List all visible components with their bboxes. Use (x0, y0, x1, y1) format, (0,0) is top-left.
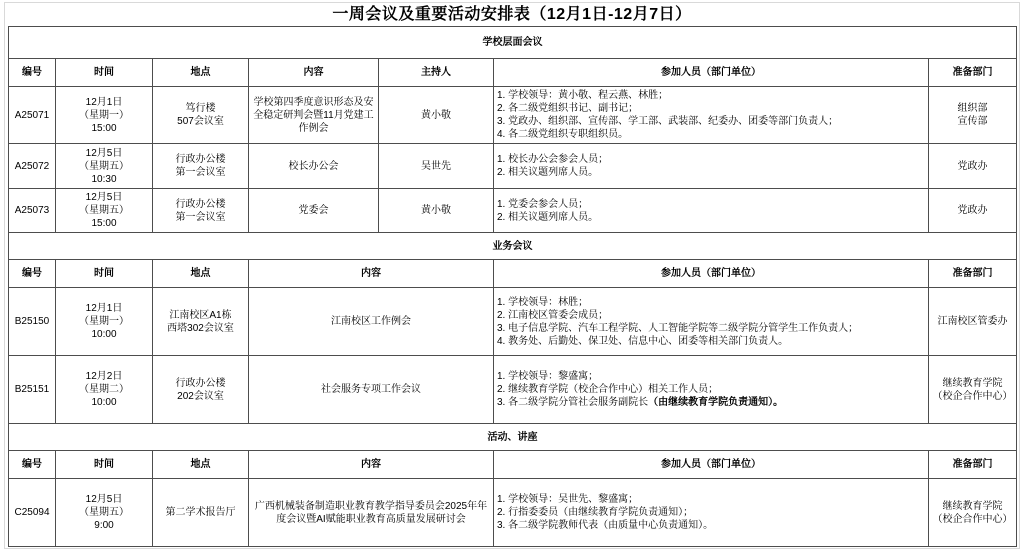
cell-location: 江南校区A1栋西塔302会议室 (153, 288, 249, 356)
prepare-line: 宣传部 (932, 115, 1013, 128)
cell-content: 校长办公会 (249, 144, 379, 189)
table-row: A2507312月5日（星期五）15:00行政办公楼第一会议室党委会黄小敬1. … (9, 189, 1017, 233)
cell-host: 吴世先 (379, 144, 494, 189)
table-row: A2507212月5日（星期五）10:30行政办公楼第一会议室校长办公会吴世先1… (9, 144, 1017, 189)
time-line: 12月5日 (59, 493, 149, 506)
cell-id: B25151 (9, 356, 56, 424)
column-header: 内容 (249, 59, 379, 87)
location-line: 江南校区A1栋 (156, 309, 245, 322)
time-line: （星期二） (59, 383, 149, 396)
section-header-0: 学校层面会议 (9, 27, 1017, 59)
cell-participants: 1. 校长办公会参会人员；2. 相关议题列席人员。 (494, 144, 929, 189)
location-line: 第一会议室 (156, 166, 245, 179)
location-line: 行政办公楼 (156, 377, 245, 390)
cell-location: 行政办公楼第一会议室 (153, 189, 249, 233)
section-header-2: 活动、讲座 (9, 424, 1017, 451)
participants-line: 1. 学校领导：吴世先、黎盛寓； (497, 493, 925, 506)
cell-prepare: 继续教育学院（校企合作中心） (929, 479, 1017, 547)
time-line: 15:00 (59, 122, 149, 135)
time-line: 12月1日 (59, 302, 149, 315)
cell-location: 第二学术报告厅 (153, 479, 249, 547)
column-header: 地点 (153, 451, 249, 479)
column-header: 编号 (9, 260, 56, 288)
prepare-line: （校企合作中心） (932, 390, 1013, 403)
prepare-line: 继续教育学院 (932, 500, 1013, 513)
time-line: 12月5日 (59, 191, 149, 204)
time-line: 12月5日 (59, 147, 149, 160)
time-line: 15:00 (59, 217, 149, 230)
participants-line: 2. 相关议题列席人员。 (497, 211, 925, 224)
column-header: 准备部门 (929, 59, 1017, 87)
content-line: 社会服务专项工作会议 (252, 383, 490, 396)
cell-participants: 1. 党委会参会人员；2. 相关议题列席人员。 (494, 189, 929, 233)
page-title: 一周会议及重要活动安排表（12月1日-12月7日） (0, 3, 1024, 27)
cell-participants: 1. 学校领导：黎盛寓；2. 继续教育学院（校企合作中心）相关工作人员；3. 各… (494, 356, 929, 424)
prepare-line: 党政办 (932, 204, 1013, 217)
participants-line: 2. 各二级党组织书记、副书记； (497, 102, 925, 115)
cell-id: A25071 (9, 87, 56, 144)
table-row: A2507112月1日（星期一）15:00笃行楼507会议室学校第四季度意识形态… (9, 87, 1017, 144)
content-line: 校长办公会 (252, 160, 375, 173)
cell-participants: 1. 学校领导：吴世先、黎盛寓；2. 行指委委员（由继续教育学院负责通知）；3.… (494, 479, 929, 547)
column-header: 准备部门 (929, 451, 1017, 479)
host-line: 黄小敬 (382, 109, 490, 122)
participants-line: 2. 继续教育学院（校企合作中心）相关工作人员； (497, 383, 925, 396)
participants-line: 2. 行指委委员（由继续教育学院负责通知）； (497, 506, 925, 519)
cell-location: 笃行楼507会议室 (153, 87, 249, 144)
time-line: 12月1日 (59, 96, 149, 109)
participants-line: 4. 各二级党组织专职组织员。 (497, 128, 925, 141)
column-header: 内容 (249, 451, 494, 479)
participants-line: 1. 学校领导：黄小敬、程云燕、林胜； (497, 89, 925, 102)
time-line: （星期五） (59, 506, 149, 519)
location-line: 西塔302会议室 (156, 322, 245, 335)
prepare-line: 继续教育学院 (932, 377, 1013, 390)
prepare-line: （校企合作中心） (932, 513, 1013, 526)
cell-id: A25073 (9, 189, 56, 233)
cell-content: 江南校区工作例会 (249, 288, 494, 356)
location-line: 202会议室 (156, 390, 245, 403)
time-line: 12月2日 (59, 370, 149, 383)
section-header-1: 业务会议 (9, 233, 1017, 260)
participants-line: 1. 学校领导：黎盛寓； (497, 370, 925, 383)
prepare-line: 江南校区管委办 (932, 315, 1013, 328)
column-header: 时间 (56, 260, 153, 288)
column-header: 时间 (56, 451, 153, 479)
cell-time: 12月2日（星期二）10:00 (56, 356, 153, 424)
time-line: （星期五） (59, 204, 149, 217)
cell-time: 12月5日（星期五）15:00 (56, 189, 153, 233)
column-header: 编号 (9, 451, 56, 479)
cell-participants: 1. 学校领导：林胜；2. 江南校区管委会成员；3. 电子信息学院、汽车工程学院… (494, 288, 929, 356)
schedule-table-body: 学校层面会议编号时间地点内容主持人参加人员（部门单位）准备部门A2507112月… (9, 27, 1017, 547)
host-line: 黄小敬 (382, 204, 490, 217)
table-row: B2515012月1日（星期一）10:00江南校区A1栋西塔302会议室江南校区… (9, 288, 1017, 356)
content-line: 广西机械装备制造职业教育教学指导委员会2025年年度会议暨AI赋能职业教育高质量… (252, 500, 490, 526)
content-line: 江南校区工作例会 (252, 315, 490, 328)
column-header: 准备部门 (929, 260, 1017, 288)
cell-location: 行政办公楼第一会议室 (153, 144, 249, 189)
column-header: 地点 (153, 260, 249, 288)
time-line: （星期一） (59, 109, 149, 122)
cell-prepare: 江南校区管委办 (929, 288, 1017, 356)
cell-host: 黄小敬 (379, 189, 494, 233)
column-header: 参加人员（部门单位） (494, 260, 929, 288)
cell-time: 12月5日（星期五）10:30 (56, 144, 153, 189)
time-line: 10:00 (59, 328, 149, 341)
cell-content: 广西机械装备制造职业教育教学指导委员会2025年年度会议暨AI赋能职业教育高质量… (249, 479, 494, 547)
cell-prepare: 党政办 (929, 189, 1017, 233)
column-header: 编号 (9, 59, 56, 87)
cell-time: 12月1日（星期一）15:00 (56, 87, 153, 144)
participants-line: 3. 电子信息学院、汽车工程学院、人工智能学院等二级学院分管学生工作负责人； (497, 322, 925, 335)
content-line: 党委会 (252, 204, 375, 217)
weekly-schedule-page: { "title": "一周会议及重要活动安排表（12月1日-12月7日）", … (0, 0, 1024, 551)
cell-content: 社会服务专项工作会议 (249, 356, 494, 424)
cell-participants: 1. 学校领导：黄小敬、程云燕、林胜；2. 各二级党组织书记、副书记；3. 党政… (494, 87, 929, 144)
participants-line: 2. 相关议题列席人员。 (497, 166, 925, 179)
location-line: 第一会议室 (156, 211, 245, 224)
table-row: C2509412月5日（星期五）9:00第二学术报告厅广西机械装备制造职业教育教… (9, 479, 1017, 547)
location-line: 行政办公楼 (156, 198, 245, 211)
column-header: 地点 (153, 59, 249, 87)
prepare-line: 党政办 (932, 160, 1013, 173)
column-header: 主持人 (379, 59, 494, 87)
prepare-line: 组织部 (932, 102, 1013, 115)
participants-line: 3. 党政办、组织部、宣传部、学工部、武装部、纪委办、团委等部门负责人； (497, 115, 925, 128)
time-line: （星期一） (59, 315, 149, 328)
column-header: 参加人员（部门单位） (494, 59, 929, 87)
time-line: 10:30 (59, 173, 149, 186)
participants-line: 1. 校长办公会参会人员； (497, 153, 925, 166)
participants-line: 1. 学校领导：林胜； (497, 296, 925, 309)
cell-content: 学校第四季度意识形态及安全稳定研判会暨11月党建工作例会 (249, 87, 379, 144)
time-line: （星期五） (59, 160, 149, 173)
time-line: 10:00 (59, 396, 149, 409)
cell-time: 12月5日（星期五）9:00 (56, 479, 153, 547)
participants-line: 3. 各二级学院分管社会服务副院长（由继续教育学院负责通知）。 (497, 396, 925, 409)
cell-location: 行政办公楼202会议室 (153, 356, 249, 424)
cell-content: 党委会 (249, 189, 379, 233)
participants-segment: 3. 各二级学院分管社会服务副院长 (497, 397, 648, 408)
column-header: 参加人员（部门单位） (494, 451, 929, 479)
location-line: 行政办公楼 (156, 153, 245, 166)
participants-line: 3. 各二级学院教师代表（由质量中心负责通知）。 (497, 519, 925, 532)
location-line: 第二学术报告厅 (156, 506, 245, 519)
participants-segment: （由继续教育学院负责通知）。 (648, 397, 783, 408)
cell-prepare: 党政办 (929, 144, 1017, 189)
location-line: 507会议室 (156, 115, 245, 128)
cell-id: B25150 (9, 288, 56, 356)
participants-line: 4. 教务处、后勤处、保卫处、信息中心、团委等相关部门负责人。 (497, 335, 925, 348)
location-line: 笃行楼 (156, 102, 245, 115)
participants-line: 1. 党委会参会人员； (497, 198, 925, 211)
cell-time: 12月1日（星期一）10:00 (56, 288, 153, 356)
table-row: B2515112月2日（星期二）10:00行政办公楼202会议室社会服务专项工作… (9, 356, 1017, 424)
host-line: 吴世先 (382, 160, 490, 173)
column-header: 内容 (249, 260, 494, 288)
cell-id: C25094 (9, 479, 56, 547)
schedule-table: 学校层面会议编号时间地点内容主持人参加人员（部门单位）准备部门A2507112月… (8, 26, 1017, 547)
cell-id: A25072 (9, 144, 56, 189)
column-header: 时间 (56, 59, 153, 87)
participants-line: 2. 江南校区管委会成员； (497, 309, 925, 322)
content-line: 学校第四季度意识形态及安全稳定研判会暨11月党建工作例会 (252, 96, 375, 135)
cell-prepare: 组织部宣传部 (929, 87, 1017, 144)
cell-prepare: 继续教育学院（校企合作中心） (929, 356, 1017, 424)
cell-host: 黄小敬 (379, 87, 494, 144)
time-line: 9:00 (59, 519, 149, 532)
